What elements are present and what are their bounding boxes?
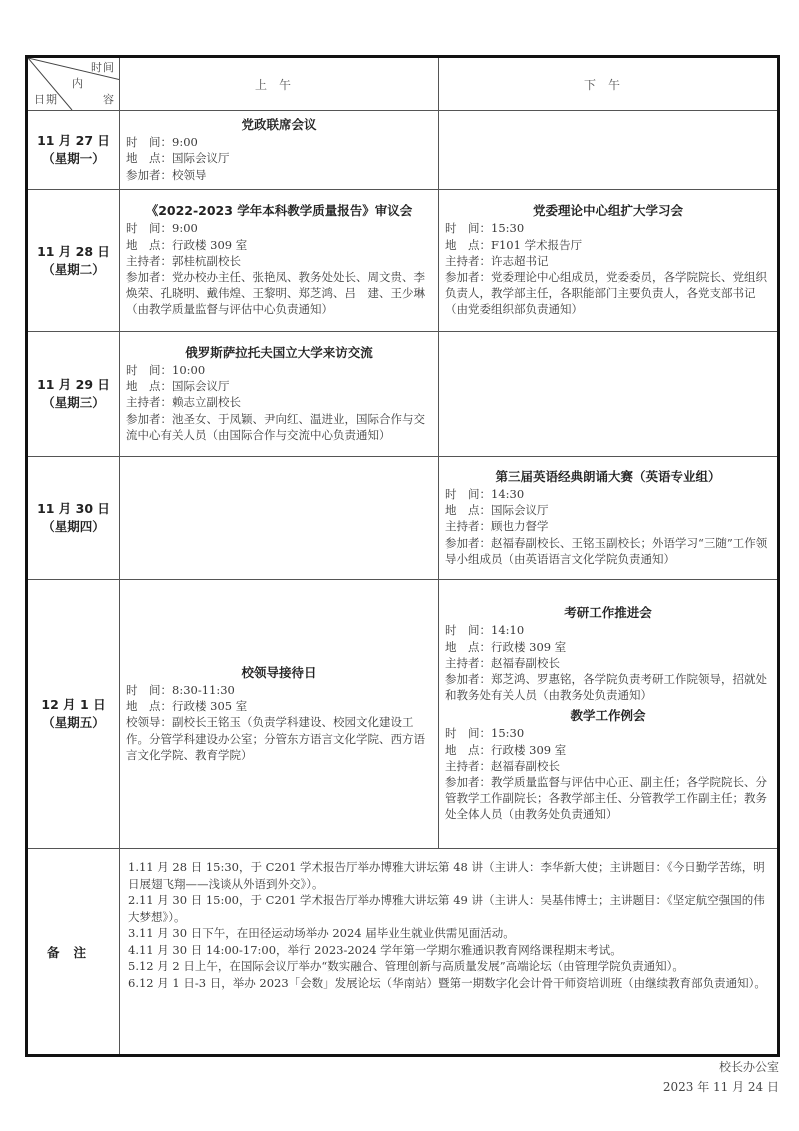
date-cell: 11 月 29 日 （星期三） <box>27 332 120 457</box>
event-host: 主持者：赵福春副校长 <box>445 758 771 774</box>
event: 党政联席会议 时 间：9:00 地 点：国际会议厅 参加者：校领导 <box>126 116 432 183</box>
schedule-page: 时间 内 容 日期 上午 下午 11 月 27 日 （星期一） 党政联席会议 时… <box>0 0 799 1131</box>
event-location: 地 点：行政楼 305 室 <box>126 698 432 714</box>
event-title: 党委理论中心组扩大学习会 <box>445 202 771 220</box>
event-attendees: 参加者：党办校办主任、张艳凤、教务处处长、周文贵、李焕荣、孔晓明、戴伟煌、王黎明… <box>126 269 432 318</box>
event-title: 党政联席会议 <box>126 116 432 134</box>
event: 校领导接待日 时 间：8:30-11:30 地 点：行政楼 305 室 校领导：… <box>126 664 432 763</box>
pm-cell: 党委理论中心组扩大学习会 时 间：15:30 地 点：F101 学术报告厅 主持… <box>439 190 779 332</box>
day-row: 11 月 27 日 （星期一） 党政联席会议 时 间：9:00 地 点：国际会议… <box>27 111 779 190</box>
note-item: 6.12 月 1 日-3 日，举办 2023「会数」发展论坛（华南站）暨第一期数… <box>128 975 769 992</box>
weekday-label: （星期三） <box>28 394 119 412</box>
note-item: 2.11 月 30 日 15:00，于 C201 学术报告厅举办博雅大讲坛第 4… <box>128 892 769 925</box>
event-attendees: 参加者：教学质量监督与评估中心正、副主任；各学院院长、分管教学工作副院长；各教学… <box>445 774 771 823</box>
event-attendees: 参加者：党委理论中心组成员，党委委员，各学院院长、党组织负责人，教学部主任，各职… <box>445 269 771 318</box>
event-location: 地 点：行政楼 309 室 <box>126 237 432 253</box>
event-attendees: 参加者：校领导 <box>126 167 432 183</box>
event-time: 时 间：15:30 <box>445 725 771 741</box>
event-attendees: 参加者：池圣女、于凤颖、尹向红、温进业，国际合作与交流中心有关人员（由国际合作与… <box>126 411 432 443</box>
date-label: 11 月 29 日 <box>28 376 119 394</box>
notes-cell: 1.11 月 28 日 15:30，于 C201 学术报告厅举办博雅大讲坛第 4… <box>120 849 779 1056</box>
event-location: 地 点：行政楼 309 室 <box>445 742 771 758</box>
event-time: 时 间：9:00 <box>126 134 432 150</box>
date-label: 12 月 1 日 <box>28 696 119 714</box>
issuing-office: 校长办公室 <box>663 1057 779 1077</box>
event-host: 主持者：顾也力督学 <box>445 518 771 534</box>
header-row: 时间 内 容 日期 上午 下午 <box>27 57 779 111</box>
issue-date: 2023 年 11 月 24 日 <box>663 1077 779 1097</box>
pm-cell-empty <box>439 111 779 190</box>
pm-cell-empty <box>439 332 779 457</box>
am-header: 上午 <box>120 57 439 111</box>
date-label: 11 月 27 日 <box>28 132 119 150</box>
am-cell: 《2022-2023 学年本科教学质量报告》审议会 时 间：9:00 地 点：行… <box>120 190 439 332</box>
event-time: 时 间：9:00 <box>126 220 432 236</box>
date-cell: 12 月 1 日 （星期五） <box>27 580 120 849</box>
event: 《2022-2023 学年本科教学质量报告》审议会 时 间：9:00 地 点：行… <box>126 202 432 317</box>
note-item: 5.12 月 2 日上午，在国际会议厅举办“数实融合、管理创新与高质量发展”高端… <box>128 958 769 975</box>
event-title: 教学工作例会 <box>445 707 771 725</box>
weekday-label: （星期四） <box>28 518 119 536</box>
event-leader: 校领导：副校长王铭玉（负责学科建设、校园文化建设工作。分管学科建设办公室；分管东… <box>126 714 432 763</box>
am-cell: 校领导接待日 时 间：8:30-11:30 地 点：行政楼 305 室 校领导：… <box>120 580 439 849</box>
event-location: 地 点：F101 学术报告厅 <box>445 237 771 253</box>
note-item: 1.11 月 28 日 15:30，于 C201 学术报告厅举办博雅大讲坛第 4… <box>128 859 769 892</box>
notes-label: 备注 <box>27 849 120 1056</box>
event: 党委理论中心组扩大学习会 时 间：15:30 地 点：F101 学术报告厅 主持… <box>445 202 771 317</box>
event-host: 主持者：郭桂杭副校长 <box>126 253 432 269</box>
weekday-label: （星期二） <box>28 261 119 279</box>
event-title: 考研工作推进会 <box>445 604 771 622</box>
date-label: 11 月 28 日 <box>28 243 119 261</box>
date-cell: 11 月 27 日 （星期一） <box>27 111 120 190</box>
event-location: 地 点：行政楼 309 室 <box>445 639 771 655</box>
signature-block: 校长办公室 2023 年 11 月 24 日 <box>663 1057 779 1097</box>
am-cell: 党政联席会议 时 间：9:00 地 点：国际会议厅 参加者：校领导 <box>120 111 439 190</box>
event-title: 校领导接待日 <box>126 664 432 682</box>
day-row: 12 月 1 日 （星期五） 校领导接待日 时 间：8:30-11:30 地 点… <box>27 580 779 849</box>
event-time: 时 间：15:30 <box>445 220 771 236</box>
diag-content-label-2: 容 <box>103 91 115 107</box>
date-cell: 11 月 30 日 （星期四） <box>27 457 120 580</box>
am-cell: 俄罗斯萨拉托夫国立大学来访交流 时 间：10:00 地 点：国际会议厅 主持者：… <box>120 332 439 457</box>
event-location: 地 点：国际会议厅 <box>126 150 432 166</box>
event-time: 时 间：14:10 <box>445 622 771 638</box>
note-item: 3.11 月 30 日下午，在田径运动场举办 2024 届毕业生就业供需见面活动… <box>128 925 769 942</box>
notes-row: 备注 1.11 月 28 日 15:30，于 C201 学术报告厅举办博雅大讲坛… <box>27 849 779 1056</box>
date-label: 11 月 30 日 <box>28 500 119 518</box>
event-title: 第三届英语经典朗诵大赛（英语专业组） <box>445 468 771 486</box>
event-title: 《2022-2023 学年本科教学质量报告》审议会 <box>126 202 432 220</box>
event-location: 地 点：国际会议厅 <box>126 378 432 394</box>
event: 俄罗斯萨拉托夫国立大学来访交流 时 间：10:00 地 点：国际会议厅 主持者：… <box>126 344 432 443</box>
event-location: 地 点：国际会议厅 <box>445 502 771 518</box>
event-host: 主持者：赵福春副校长 <box>445 655 771 671</box>
event-host: 主持者：赖志立副校长 <box>126 394 432 410</box>
event-host: 主持者：许志超书记 <box>445 253 771 269</box>
weekly-schedule-table: 时间 内 容 日期 上午 下午 11 月 27 日 （星期一） 党政联席会议 时… <box>25 55 780 1057</box>
pm-cell: 考研工作推进会 时 间：14:10 地 点：行政楼 309 室 主持者：赵福春副… <box>439 580 779 849</box>
event-time: 时 间：14:30 <box>445 486 771 502</box>
day-row: 11 月 30 日 （星期四） 第三届英语经典朗诵大赛（英语专业组） 时 间：1… <box>27 457 779 580</box>
diag-date-label: 日期 <box>34 91 58 107</box>
event: 教学工作例会 时 间：15:30 地 点：行政楼 309 室 主持者：赵福春副校… <box>445 707 771 822</box>
diag-content-label-1: 内 <box>72 75 84 91</box>
event-attendees: 参加者：赵福春副校长、王铭玉副校长；外语学习“三随”工作领导小组成员（由英语语言… <box>445 535 771 567</box>
day-row: 11 月 29 日 （星期三） 俄罗斯萨拉托夫国立大学来访交流 时 间：10:0… <box>27 332 779 457</box>
diag-time-label: 时间 <box>91 59 115 75</box>
note-item: 4.11 月 30 日 14:00-17:00，举行 2023-2024 学年第… <box>128 942 769 959</box>
event: 考研工作推进会 时 间：14:10 地 点：行政楼 309 室 主持者：赵福春副… <box>445 604 771 703</box>
pm-cell: 第三届英语经典朗诵大赛（英语专业组） 时 间：14:30 地 点：国际会议厅 主… <box>439 457 779 580</box>
day-row: 11 月 28 日 （星期二） 《2022-2023 学年本科教学质量报告》审议… <box>27 190 779 332</box>
date-cell: 11 月 28 日 （星期二） <box>27 190 120 332</box>
pm-header: 下午 <box>439 57 779 111</box>
event-title: 俄罗斯萨拉托夫国立大学来访交流 <box>126 344 432 362</box>
event-time: 时 间：10:00 <box>126 362 432 378</box>
event: 第三届英语经典朗诵大赛（英语专业组） 时 间：14:30 地 点：国际会议厅 主… <box>445 468 771 567</box>
am-cell-empty <box>120 457 439 580</box>
weekday-label: （星期五） <box>28 714 119 732</box>
event-attendees: 参加者：郑芝鸿、罗惠铭，各学院负责考研工作院领导，招就处和教务处有关人员（由教务… <box>445 671 771 703</box>
diagonal-header-cell: 时间 内 容 日期 <box>27 57 120 111</box>
event-time: 时 间：8:30-11:30 <box>126 682 432 698</box>
weekday-label: （星期一） <box>28 150 119 168</box>
